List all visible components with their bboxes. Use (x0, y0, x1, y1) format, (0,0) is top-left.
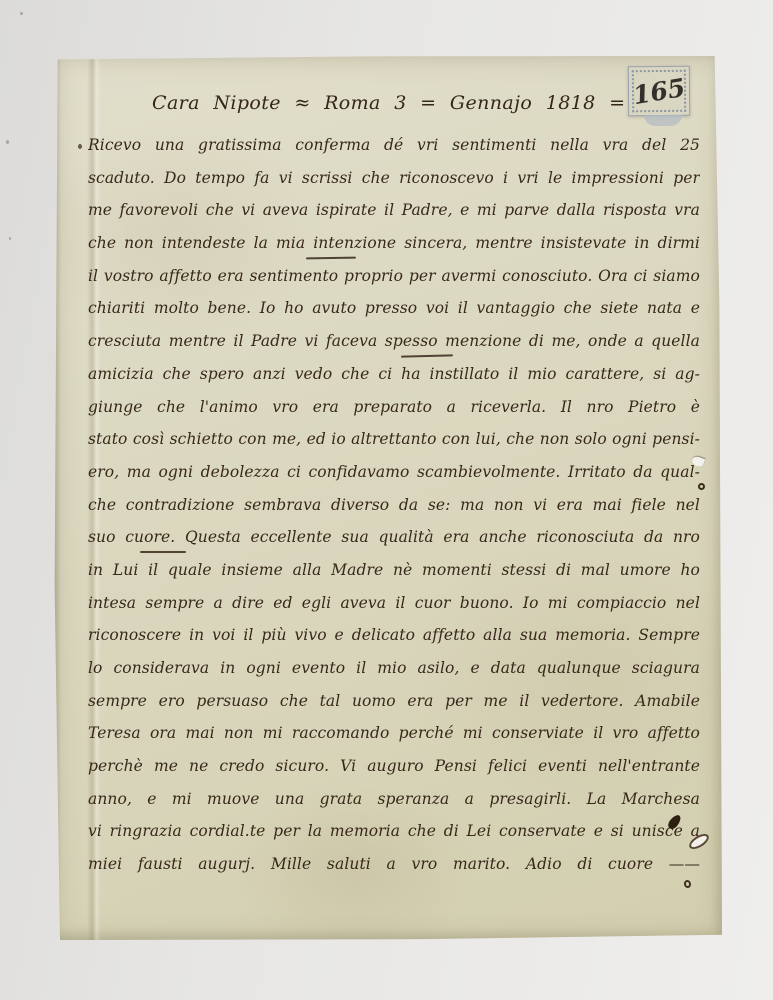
letter-line: perchè me ne credo sicuro. Vi auguro Pen… (88, 751, 700, 784)
archive-number: 165 (631, 72, 687, 109)
letter-line: Ricevo una gratissima conferma dé vri se… (88, 130, 700, 163)
letter-line: che contradizione sembrava diverso da se… (88, 490, 700, 523)
letter-heading: Cara Nipote ≈ Roma 3 = Gennajo 1818 = (152, 92, 552, 114)
letter-line: me favorevoli che vi aveva ispirate il P… (88, 195, 700, 228)
letter-line: in Lui il quale insieme alla Madre nè mo… (88, 555, 700, 588)
archive-number-label: 165 (628, 66, 690, 117)
letter-line: anno, e mi muove una grata speranza a pr… (88, 784, 700, 817)
ink-underline (140, 551, 186, 553)
letter-line: lo considerava in ogni evento il mio asi… (88, 653, 700, 686)
ink-ring-mark (698, 483, 705, 490)
letter-line: riconoscere in voi il più vivo e delicat… (88, 620, 700, 653)
letter-line: sempre ero persuaso che tal uomo era per… (88, 686, 700, 719)
photo-background: { "letter": { "heading": "Cara Nipote ≈ … (0, 0, 773, 1000)
label-dotted-border: 165 (632, 70, 686, 112)
letter-line: cresciuta mentre il Padre vi faceva spes… (88, 326, 700, 359)
letter-line: amicizia che spero anzi vedo che ci ha i… (88, 359, 700, 392)
letter-line: chiariti molto bene. Io ho avuto presso … (88, 293, 700, 326)
letter-line: miei fausti augurj. Mille saluti a vro m… (88, 849, 700, 882)
dust-speck (20, 12, 23, 15)
letter-line: scaduto. Do tempo fa vi scrissi che rico… (88, 163, 700, 196)
letter-body: Ricevo una gratissima conferma dé vri se… (88, 130, 700, 882)
letter-page: Cara Nipote ≈ Roma 3 = Gennajo 1818 = 16… (54, 56, 722, 940)
letter-line: giunge che l'animo vro era preparato a r… (88, 392, 700, 425)
foxing-spot (78, 144, 82, 149)
letter-line: stato così schietto con me, ed io altret… (88, 424, 700, 457)
paper-edge-shade (54, 56, 61, 940)
letter-line: Teresa ora mai non mi raccomando perché … (88, 718, 700, 751)
letter-line: che non intendeste la mia intenzione sin… (88, 228, 700, 261)
letter-line: il vostro affetto era sentimento proprio… (88, 261, 700, 294)
letter-line: intesa sempre a dire ed egli aveva il cu… (88, 588, 700, 621)
letter-line: ero, ma ogni debolezza ci confidavamo sc… (88, 457, 700, 490)
letter-line: vi ringrazia cordial.te per la memoria c… (88, 816, 700, 849)
label-remnant-mark (644, 115, 682, 126)
dust-speck (6, 140, 9, 144)
dust-speck (9, 237, 11, 240)
